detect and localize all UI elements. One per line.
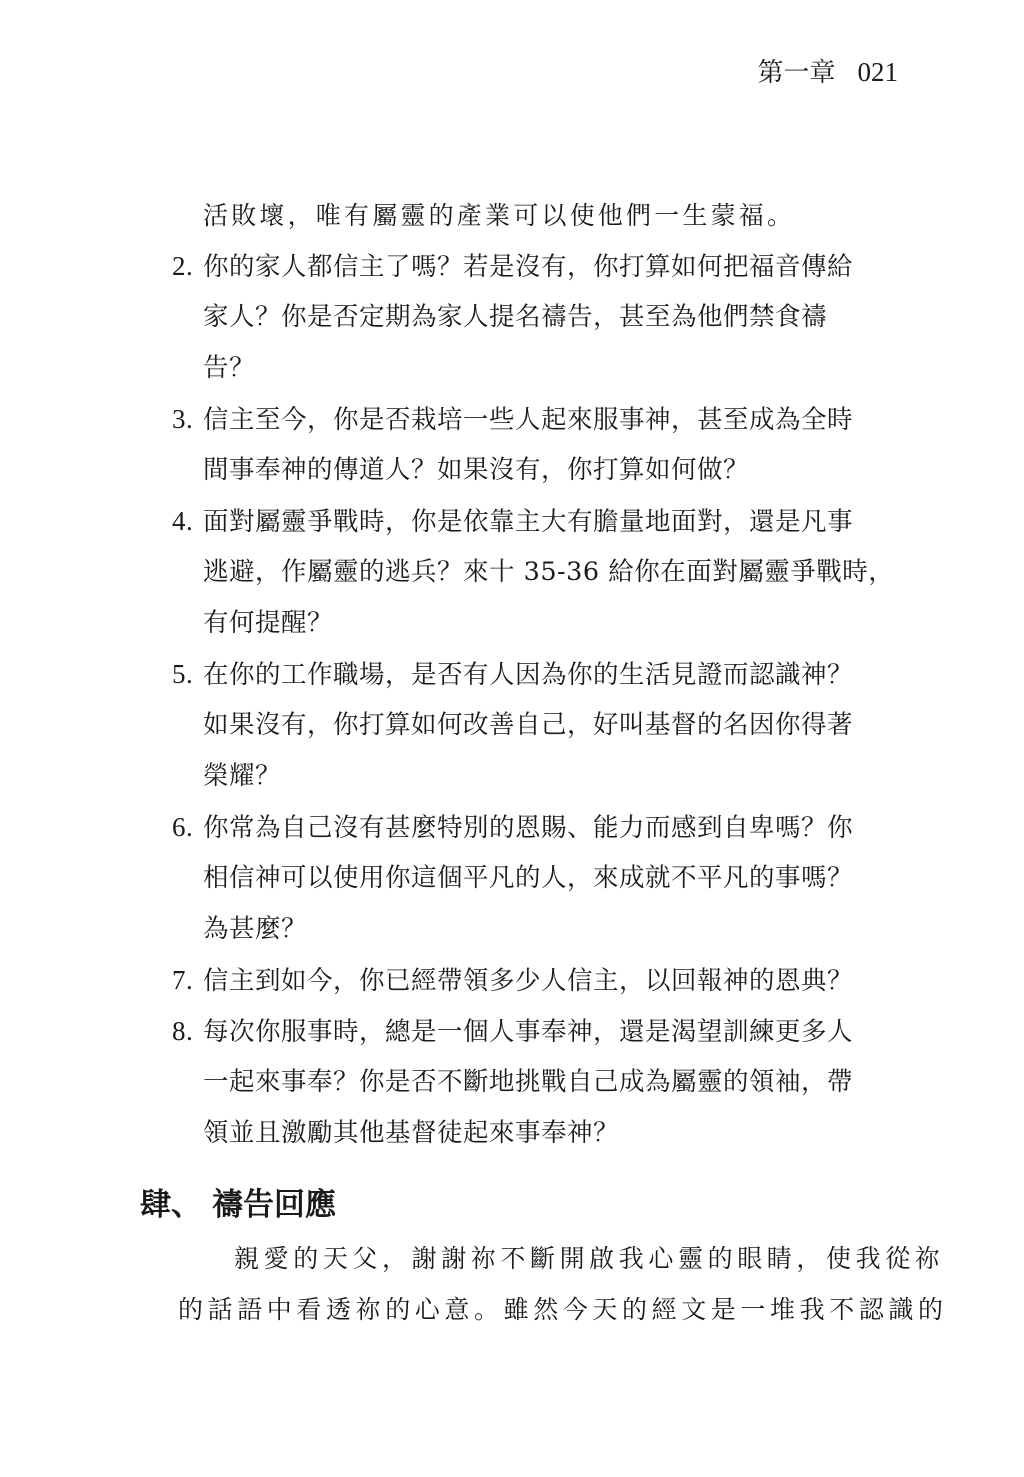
question-number: 3. [172, 394, 203, 445]
question-line: 家人？你是否定期為家人提名禱告，甚至為他們禁食禱 [172, 292, 902, 343]
question-line: 你常為自己沒有甚麼特別的恩賜、能力而感到自卑嗎？你 [203, 813, 853, 843]
running-header: 第一章021 [757, 56, 898, 89]
continuation-line: 活敗壞，唯有屬靈的產業可以使他們一生蒙福。 [172, 190, 902, 241]
question-line: 有何提醒？ [172, 598, 902, 649]
question-item: 6.你常為自己沒有甚麼特別的恩賜、能力而感到自卑嗎？你 相信神可以使用你這個平凡… [172, 802, 902, 955]
prayer-paragraph: 親愛的天父，謝謝祢不斷開啟我心靈的眼睛，使我從祢 的話語中看透祢的心意。雖然今天… [172, 1233, 902, 1335]
question-line: 每次你服事時，總是一個人事奉神，還是渴望訓練更多人 [203, 1017, 853, 1047]
question-number: 8. [172, 1006, 203, 1057]
question-number: 5. [172, 649, 203, 700]
question-item: 7.信主到如今，你已經帶領多少人信主，以回報神的恩典？ [172, 955, 902, 1006]
question-line: 相信神可以使用你這個平凡的人，來成就不平凡的事嗎？ [172, 853, 902, 904]
section-heading: 肆、禱告回應 [140, 1183, 336, 1227]
page-number: 021 [858, 57, 899, 87]
question-item: 8.每次你服事時，總是一個人事奉神，還是渴望訓練更多人 一起來事奉？你是否不斷地… [172, 1006, 902, 1159]
prayer-line: 親愛的天父，謝謝祢不斷開啟我心靈的眼睛，使我從祢 [172, 1233, 902, 1284]
section-number: 肆、 [140, 1187, 202, 1223]
chapter-label: 第一章 [757, 58, 835, 88]
question-line: 間事奉神的傳道人？如果沒有，你打算如何做？ [172, 445, 902, 496]
question-line: 告？ [172, 343, 902, 394]
question-number: 6. [172, 802, 203, 853]
question-number: 7. [172, 955, 203, 1006]
question-line: 一起來事奉？你是否不斷地挑戰自己成為屬靈的領袖，帶 [172, 1057, 902, 1108]
reflection-questions: 活敗壞，唯有屬靈的產業可以使他們一生蒙福。 2.你的家人都信主了嗎？若是沒有，你… [172, 190, 902, 1159]
prayer-line: 的話語中看透祢的心意。雖然今天的經文是一堆我不認識的 [172, 1284, 902, 1335]
question-number: 2. [172, 241, 203, 292]
question-line: 面對屬靈爭戰時，你是依靠主大有膽量地面對，還是凡事 [203, 507, 853, 537]
question-line: 在你的工作職場，是否有人因為你的生活見證而認識神？ [203, 660, 853, 690]
question-line: 信主至今，你是否栽培一些人起來服事神，甚至成為全時 [203, 405, 853, 435]
question-line: 信主到如今，你已經帶領多少人信主，以回報神的恩典？ [203, 966, 853, 996]
question-line: 為甚麼？ [172, 904, 902, 955]
question-item: 5.在你的工作職場，是否有人因為你的生活見證而認識神？ 如果沒有，你打算如何改善… [172, 649, 902, 802]
question-line: 你的家人都信主了嗎？若是沒有，你打算如何把福音傳給 [203, 252, 853, 282]
question-line: 如果沒有，你打算如何改善自己，好叫基督的名因你得著 [172, 700, 902, 751]
question-item: 2.你的家人都信主了嗎？若是沒有，你打算如何把福音傳給 家人？你是否定期為家人提… [172, 241, 902, 394]
question-line: 領並且激勵其他基督徒起來事奉神？ [172, 1108, 902, 1159]
question-number: 4. [172, 496, 203, 547]
question-line: 逃避，作屬靈的逃兵？來十 35-36 給你在面對屬靈爭戰時， [172, 547, 902, 598]
question-item: 4.面對屬靈爭戰時，你是依靠主大有膽量地面對，還是凡事 逃避，作屬靈的逃兵？來十… [172, 496, 902, 649]
question-line: 榮耀？ [172, 751, 902, 802]
section-title-text: 禱告回應 [212, 1187, 336, 1223]
question-item: 3.信主至今，你是否栽培一些人起來服事神，甚至成為全時 間事奉神的傳道人？如果沒… [172, 394, 902, 496]
